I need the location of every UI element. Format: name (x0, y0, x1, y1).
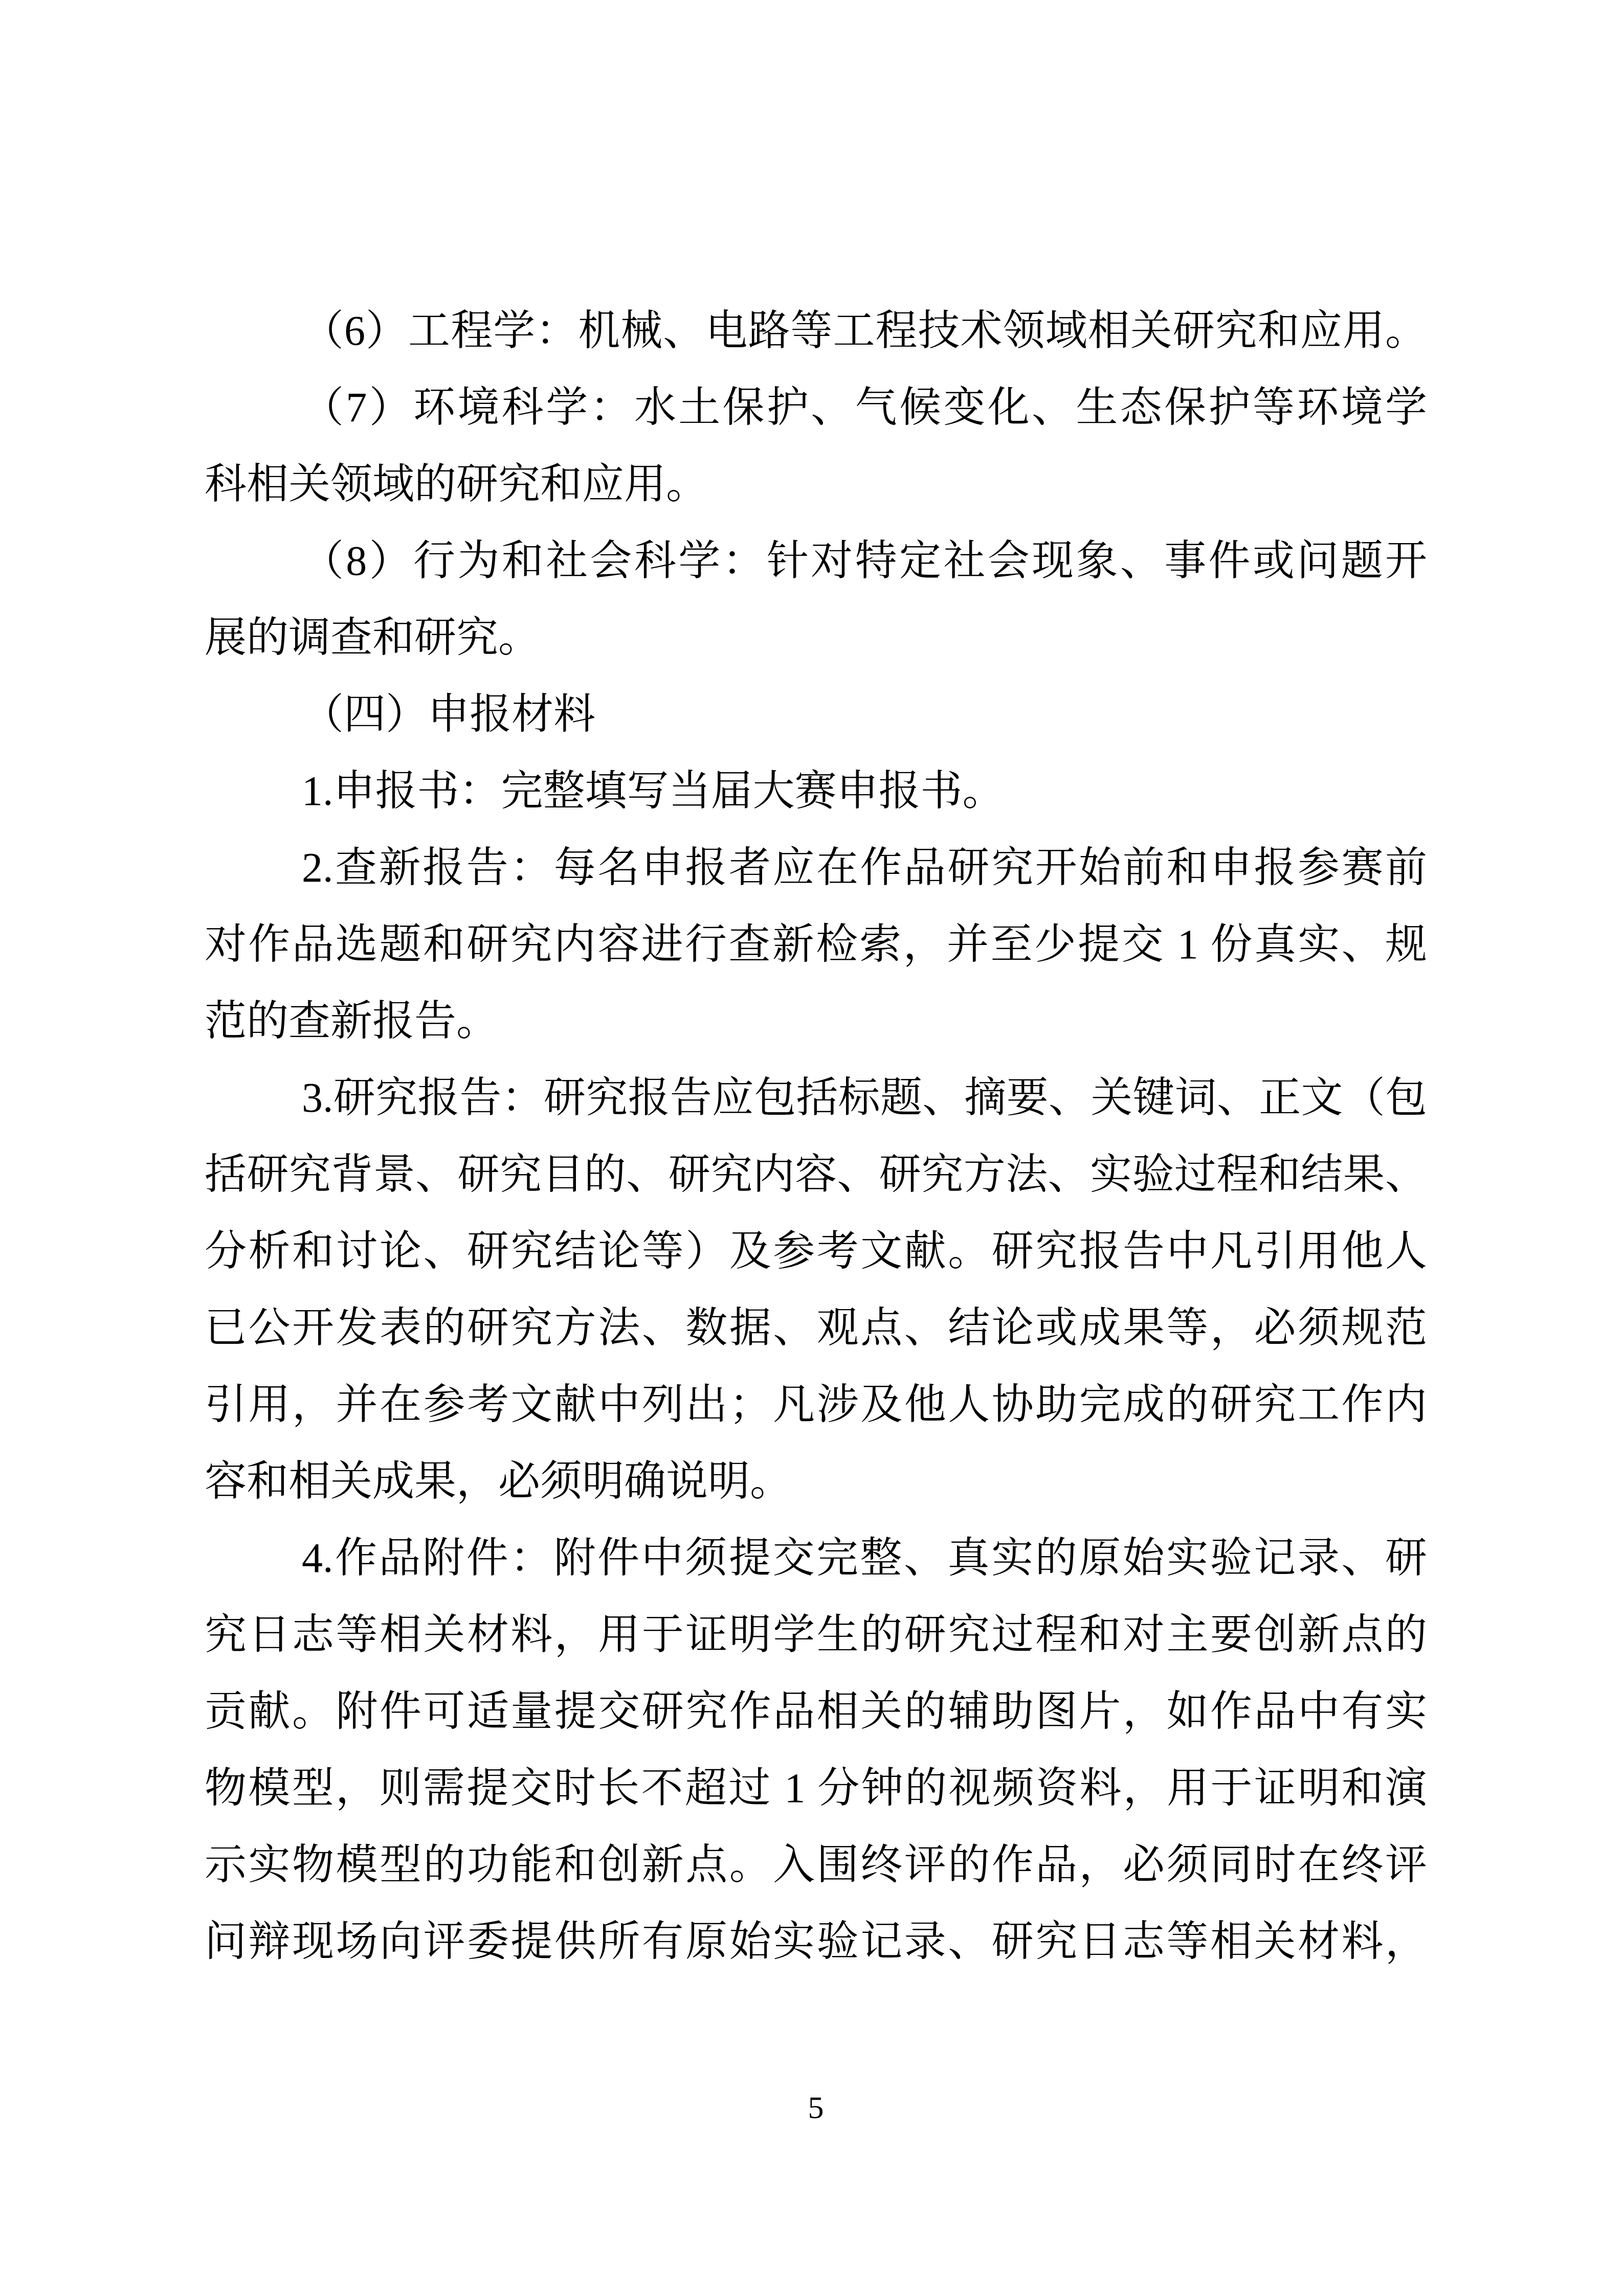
text-line: （四）申报材料 (205, 676, 1427, 753)
text-line: 科相关领域的研究和应用。 (205, 446, 1427, 523)
text-line: 示实物模型的功能和创新点。入围终评的作品，必须同时在终评 (205, 1827, 1427, 1903)
text-line: 引用，并在参考文献中列出；凡涉及他人协助完成的研究工作内 (205, 1366, 1427, 1443)
text-line: 问辩现场向评委提供所有原始实验记录、研究日志等相关材料， (205, 1903, 1427, 1980)
text-line: 已公开发表的研究方法、数据、观点、结论或成果等，必须规范 (205, 1290, 1427, 1366)
text-line: 括研究背景、研究目的、研究内容、研究方法、实验过程和结果、 (205, 1136, 1427, 1213)
text-line: 展的调查和研究。 (205, 599, 1427, 676)
text-line: 范的查新报告。 (205, 983, 1427, 1060)
text-line: 贡献。附件可适量提交研究作品相关的辅助图片，如作品中有实 (205, 1673, 1427, 1750)
text-line: 2.查新报告：每名申报者应在作品研究开始前和申报参赛前 (205, 829, 1427, 906)
document-body: （6）工程学：机械、电路等工程技术领域相关研究和应用。（7）环境科学：水土保护、… (205, 292, 1427, 1980)
text-line: （6）工程学：机械、电路等工程技术领域相关研究和应用。 (205, 292, 1427, 369)
text-line: 3.研究报告：研究报告应包括标题、摘要、关键词、正文（包 (205, 1060, 1427, 1136)
text-line: 1.申报书：完整填写当届大赛申报书。 (205, 753, 1427, 829)
text-line: （8）行为和社会科学：针对特定社会现象、事件或问题开 (205, 523, 1427, 599)
text-line: 究日志等相关材料，用于证明学生的研究过程和对主要创新点的 (205, 1596, 1427, 1673)
text-line: 对作品选题和研究内容进行查新检索，并至少提交 1 份真实、规 (205, 906, 1427, 983)
text-line: 物模型，则需提交时长不超过 1 分钟的视频资料，用于证明和演 (205, 1750, 1427, 1827)
text-line: （7）环境科学：水土保护、气候变化、生态保护等环境学 (205, 369, 1427, 446)
page-number: 5 (205, 2082, 1427, 2133)
document-page: （6）工程学：机械、电路等工程技术领域相关研究和应用。（7）环境科学：水土保护、… (0, 0, 1624, 2296)
text-line: 分析和讨论、研究结论等）及参考文献。研究报告中凡引用他人 (205, 1213, 1427, 1290)
text-line: 4.作品附件：附件中须提交完整、真实的原始实验记录、研 (205, 1520, 1427, 1596)
text-line: 容和相关成果，必须明确说明。 (205, 1443, 1427, 1520)
